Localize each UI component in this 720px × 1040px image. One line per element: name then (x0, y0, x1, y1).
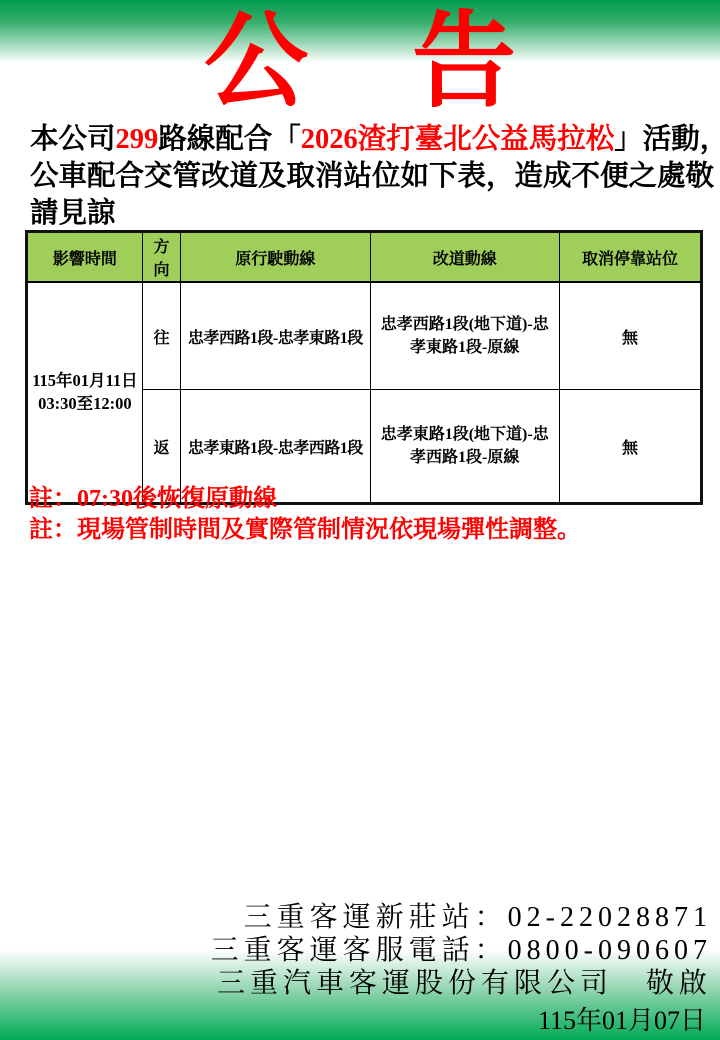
col-header-cancelled-stops: 取消停靠站位 (559, 232, 701, 283)
intro-line-2: 公車配合交管改道及取消站位如下表，造成不便之處敬 (30, 158, 715, 195)
contact-line-service-phone: 三重客運客服電話：0800-090607 (211, 934, 712, 967)
col-header-detour-route: 改道動線 (370, 232, 559, 283)
col-header-original-route: 原行駛動線 (181, 232, 370, 283)
intro-text: 本公司 (30, 124, 116, 155)
route-number: 299 (116, 124, 159, 155)
notes-block: 註：07:30後恢復原動線 註：現場管制時間及實際管制情況依現場彈性調整。 (29, 484, 581, 546)
contact-block: 三重客運新莊站：02-22028871 三重客運客服電話：0800-090607… (211, 901, 712, 1000)
cancelled-stops-cell: 無 (559, 282, 701, 390)
contact-line-company-signature: 三重汽車客運股份有限公司 敬啟 (211, 967, 712, 1000)
intro-text: 」活動， (614, 124, 720, 155)
issue-date: 115年01月07日 (538, 1000, 706, 1037)
table-row: 115年01月11日 03:30至12:00 往 忠孝西路1段-忠孝東路1段 忠… (27, 282, 702, 390)
intro-line-3: 請見諒 (30, 195, 715, 232)
intro-line-1: 本公司299路線配合「2026渣打臺北公益馬拉松」活動， (30, 121, 715, 158)
table-header-row: 影響時間 方向 原行駛動線 改道動線 取消停靠站位 (27, 232, 702, 283)
event-name: 2026渣打臺北公益馬拉松 (301, 124, 615, 155)
notice-page: 公 告 本公司299路線配合「2026渣打臺北公益馬拉松」活動， 公車配合交管改… (0, 0, 720, 1040)
original-route-cell: 忠孝西路1段-忠孝東路1段 (181, 282, 370, 390)
detour-schedule-table: 影響時間 方向 原行駛動線 改道動線 取消停靠站位 115年01月11日 03:… (25, 230, 703, 505)
col-header-direction: 方向 (142, 232, 180, 283)
page-title: 公 告 (0, 2, 720, 125)
direction-cell: 往 (142, 282, 180, 390)
note-line: 註：現場管制時間及實際管制情況依現場彈性調整。 (29, 515, 581, 546)
contact-line-station-phone: 三重客運新莊站：02-22028871 (211, 901, 712, 934)
intro-text: 路線配合「 (158, 124, 301, 155)
intro-paragraph: 本公司299路線配合「2026渣打臺北公益馬拉松」活動， 公車配合交管改道及取消… (30, 121, 715, 232)
detour-route-cell: 忠孝西路1段(地下道)-忠孝東路1段-原線 (370, 282, 559, 390)
col-header-affected-time: 影響時間 (27, 232, 143, 283)
affected-time-cell: 115年01月11日 03:30至12:00 (27, 282, 143, 504)
note-line: 註：07:30後恢復原動線 (29, 484, 581, 515)
